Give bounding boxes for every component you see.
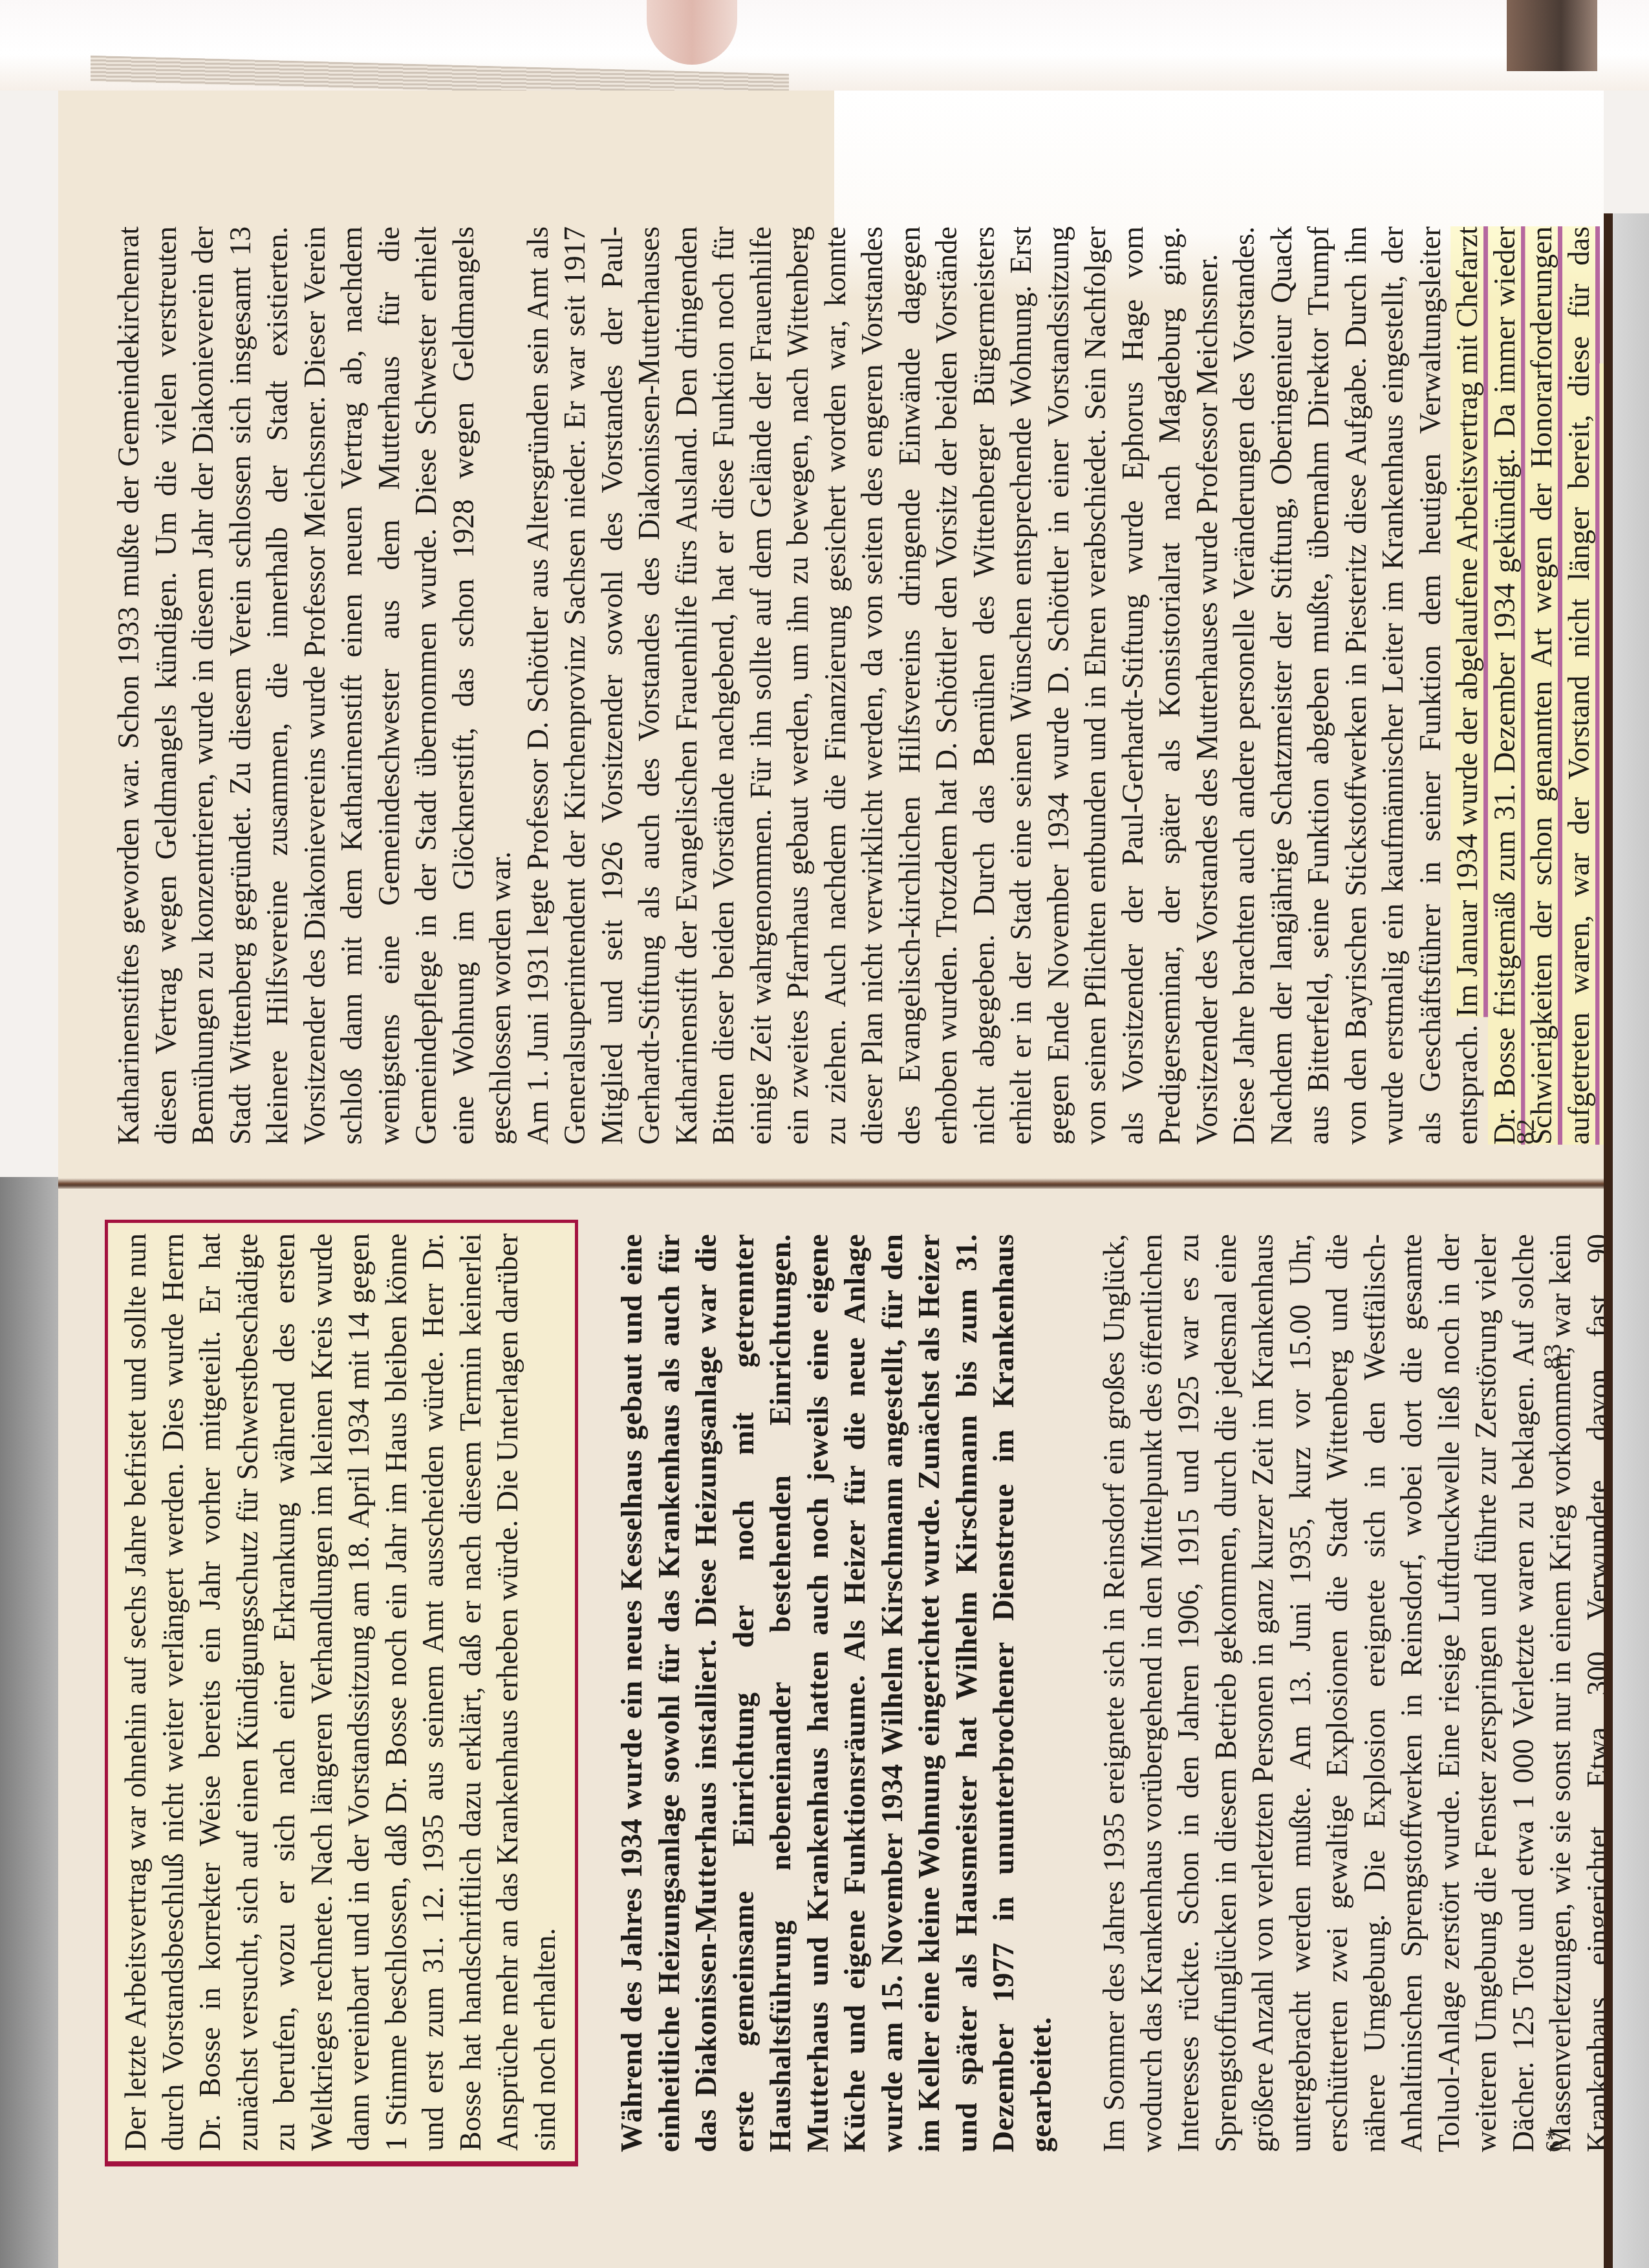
boxed-paragraph: Der letzte Arbeitsvertrag war ohnehin au… bbox=[105, 1220, 578, 2166]
right-page: Der letzte Arbeitsvertrag war ohnehin au… bbox=[58, 1189, 1604, 2268]
paragraph-text: Diese Jahre brachten auch andere persone… bbox=[1227, 226, 1483, 1145]
left-page: Katharinenstiftes geworden war. Schon 19… bbox=[58, 91, 1604, 1180]
underlined-highlighted-passage: Im Januar 1934 wurde der abgelaufene Arb… bbox=[1450, 226, 1604, 1145]
left-page-content: Katharinenstiftes geworden war. Schon 19… bbox=[110, 149, 1565, 1158]
page-number: 83 bbox=[1537, 1344, 1568, 1370]
signature-mark: 6* bbox=[1540, 2129, 1568, 2152]
book-cover-edge bbox=[1507, 0, 1597, 71]
left-page-text: Katharinenstiftes geworden war. Schon 19… bbox=[110, 226, 1604, 1145]
paragraph: Diese Jahre brachten auch andere persone… bbox=[1225, 226, 1604, 1145]
page-number: 82 bbox=[1510, 1119, 1540, 1145]
right-page-content: Der letzte Arbeitsvertrag war ohnehin au… bbox=[116, 1227, 1591, 2236]
paragraph: Am 1. Juni 1931 legte Professor D. Schöt… bbox=[519, 226, 1226, 1145]
scan-border bbox=[0, 1177, 58, 2268]
paragraph: Während des Jahres 1934 wurde ein neues … bbox=[613, 1234, 1059, 2152]
paragraph-gap bbox=[1059, 1234, 1095, 2152]
book-edge-shadow bbox=[1604, 213, 1649, 2268]
paragraph: Katharinenstiftes geworden war. Schon 19… bbox=[110, 226, 519, 1145]
paragraph: Im Sommer des Jahres 1935 ereignete sich… bbox=[1095, 1234, 1604, 2152]
right-page-text: Der letzte Arbeitsvertrag war ohnehin au… bbox=[116, 1234, 1604, 2152]
